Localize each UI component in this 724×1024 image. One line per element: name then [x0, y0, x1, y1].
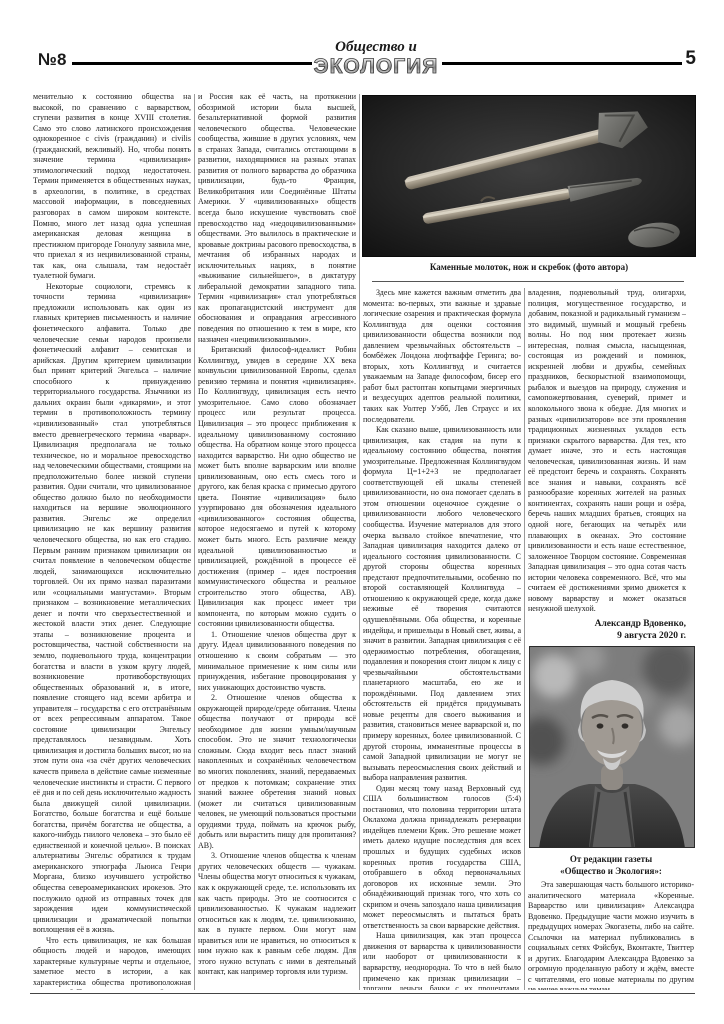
article-column-2: и Россия как её часть, на протяжении обо…: [198, 92, 356, 990]
article-paragraph: Британский философ-идеалист Робин Коллин…: [198, 345, 356, 630]
stone-tools-photo: [362, 95, 696, 257]
masthead-line1: Общество и: [312, 40, 440, 55]
article-paragraph: 1. Отношение членов общества друг к друг…: [198, 630, 356, 693]
author-signature: Александр Вдовенко, 9 августа 2020 г.: [528, 618, 690, 642]
article-paragraph: Некоторые социологи, стремясь к точности…: [33, 282, 191, 936]
header-rule-right: [442, 62, 682, 65]
masthead: Общество и ЭКОЛОГИЯ: [312, 40, 440, 77]
article-paragraph: 3. Отношение членов общества к членам др…: [198, 851, 356, 978]
editorial-heading-line1: От редакции газеты: [528, 854, 694, 866]
article-paragraph: менительно к состоянию общества на высок…: [33, 92, 191, 282]
article-paragraph: и Россия как её часть, на протяжении обо…: [198, 92, 356, 345]
article-column-3: Здесь мне кажется важным отметить два мо…: [363, 288, 521, 990]
article-paragraph: Наша цивилизация, как этап процесса движ…: [363, 931, 521, 990]
photo-caption: Каменные молоток, нож и скребок (фото ав…: [362, 262, 696, 272]
newspaper-page: №8 Общество и ЭКОЛОГИЯ 5: [0, 0, 724, 1024]
issue-number: №8: [38, 50, 66, 70]
header-rule-left: [72, 62, 312, 65]
author-portrait-photo: [529, 646, 695, 848]
column-divider: [194, 94, 195, 990]
column-divider: [359, 94, 360, 990]
article-paragraph: Как сказано выше, цивилизованность или ц…: [363, 425, 521, 784]
article-paragraph: Эта завершающая часть большого историко-…: [528, 880, 694, 990]
page-number: 5: [685, 48, 696, 70]
editorial-note-body: Эта завершающая часть большого историко-…: [528, 880, 694, 990]
article-column-4: владения, подневольный труд, олигархи, п…: [528, 288, 686, 616]
editorial-heading-line2: «Общество и Экология»:: [528, 866, 694, 878]
editorial-note-heading: От редакции газеты «Общество и Экология»…: [528, 854, 694, 877]
article-paragraph: владения, подневольный труд, олигархи, п…: [528, 288, 686, 615]
author-name: Александр Вдовенко,: [528, 618, 686, 630]
article-paragraph: Один месяц тому назад Верховный суд США …: [363, 784, 521, 932]
caption-rule: [372, 281, 684, 282]
article-paragraph: 2. Отношение членов общества к окружающе…: [198, 693, 356, 851]
page-bottom-rule: [30, 993, 695, 994]
masthead-line2: ЭКОЛОГИЯ: [312, 56, 440, 77]
article-date: 9 августа 2020 г.: [528, 630, 686, 642]
article-paragraph: Здесь мне кажется важным отметить два мо…: [363, 288, 521, 425]
article-column-1: менительно к состоянию общества на высок…: [33, 92, 191, 990]
column-divider: [524, 288, 525, 990]
article-paragraph: Что есть цивилизация, не как большая общ…: [33, 936, 191, 990]
